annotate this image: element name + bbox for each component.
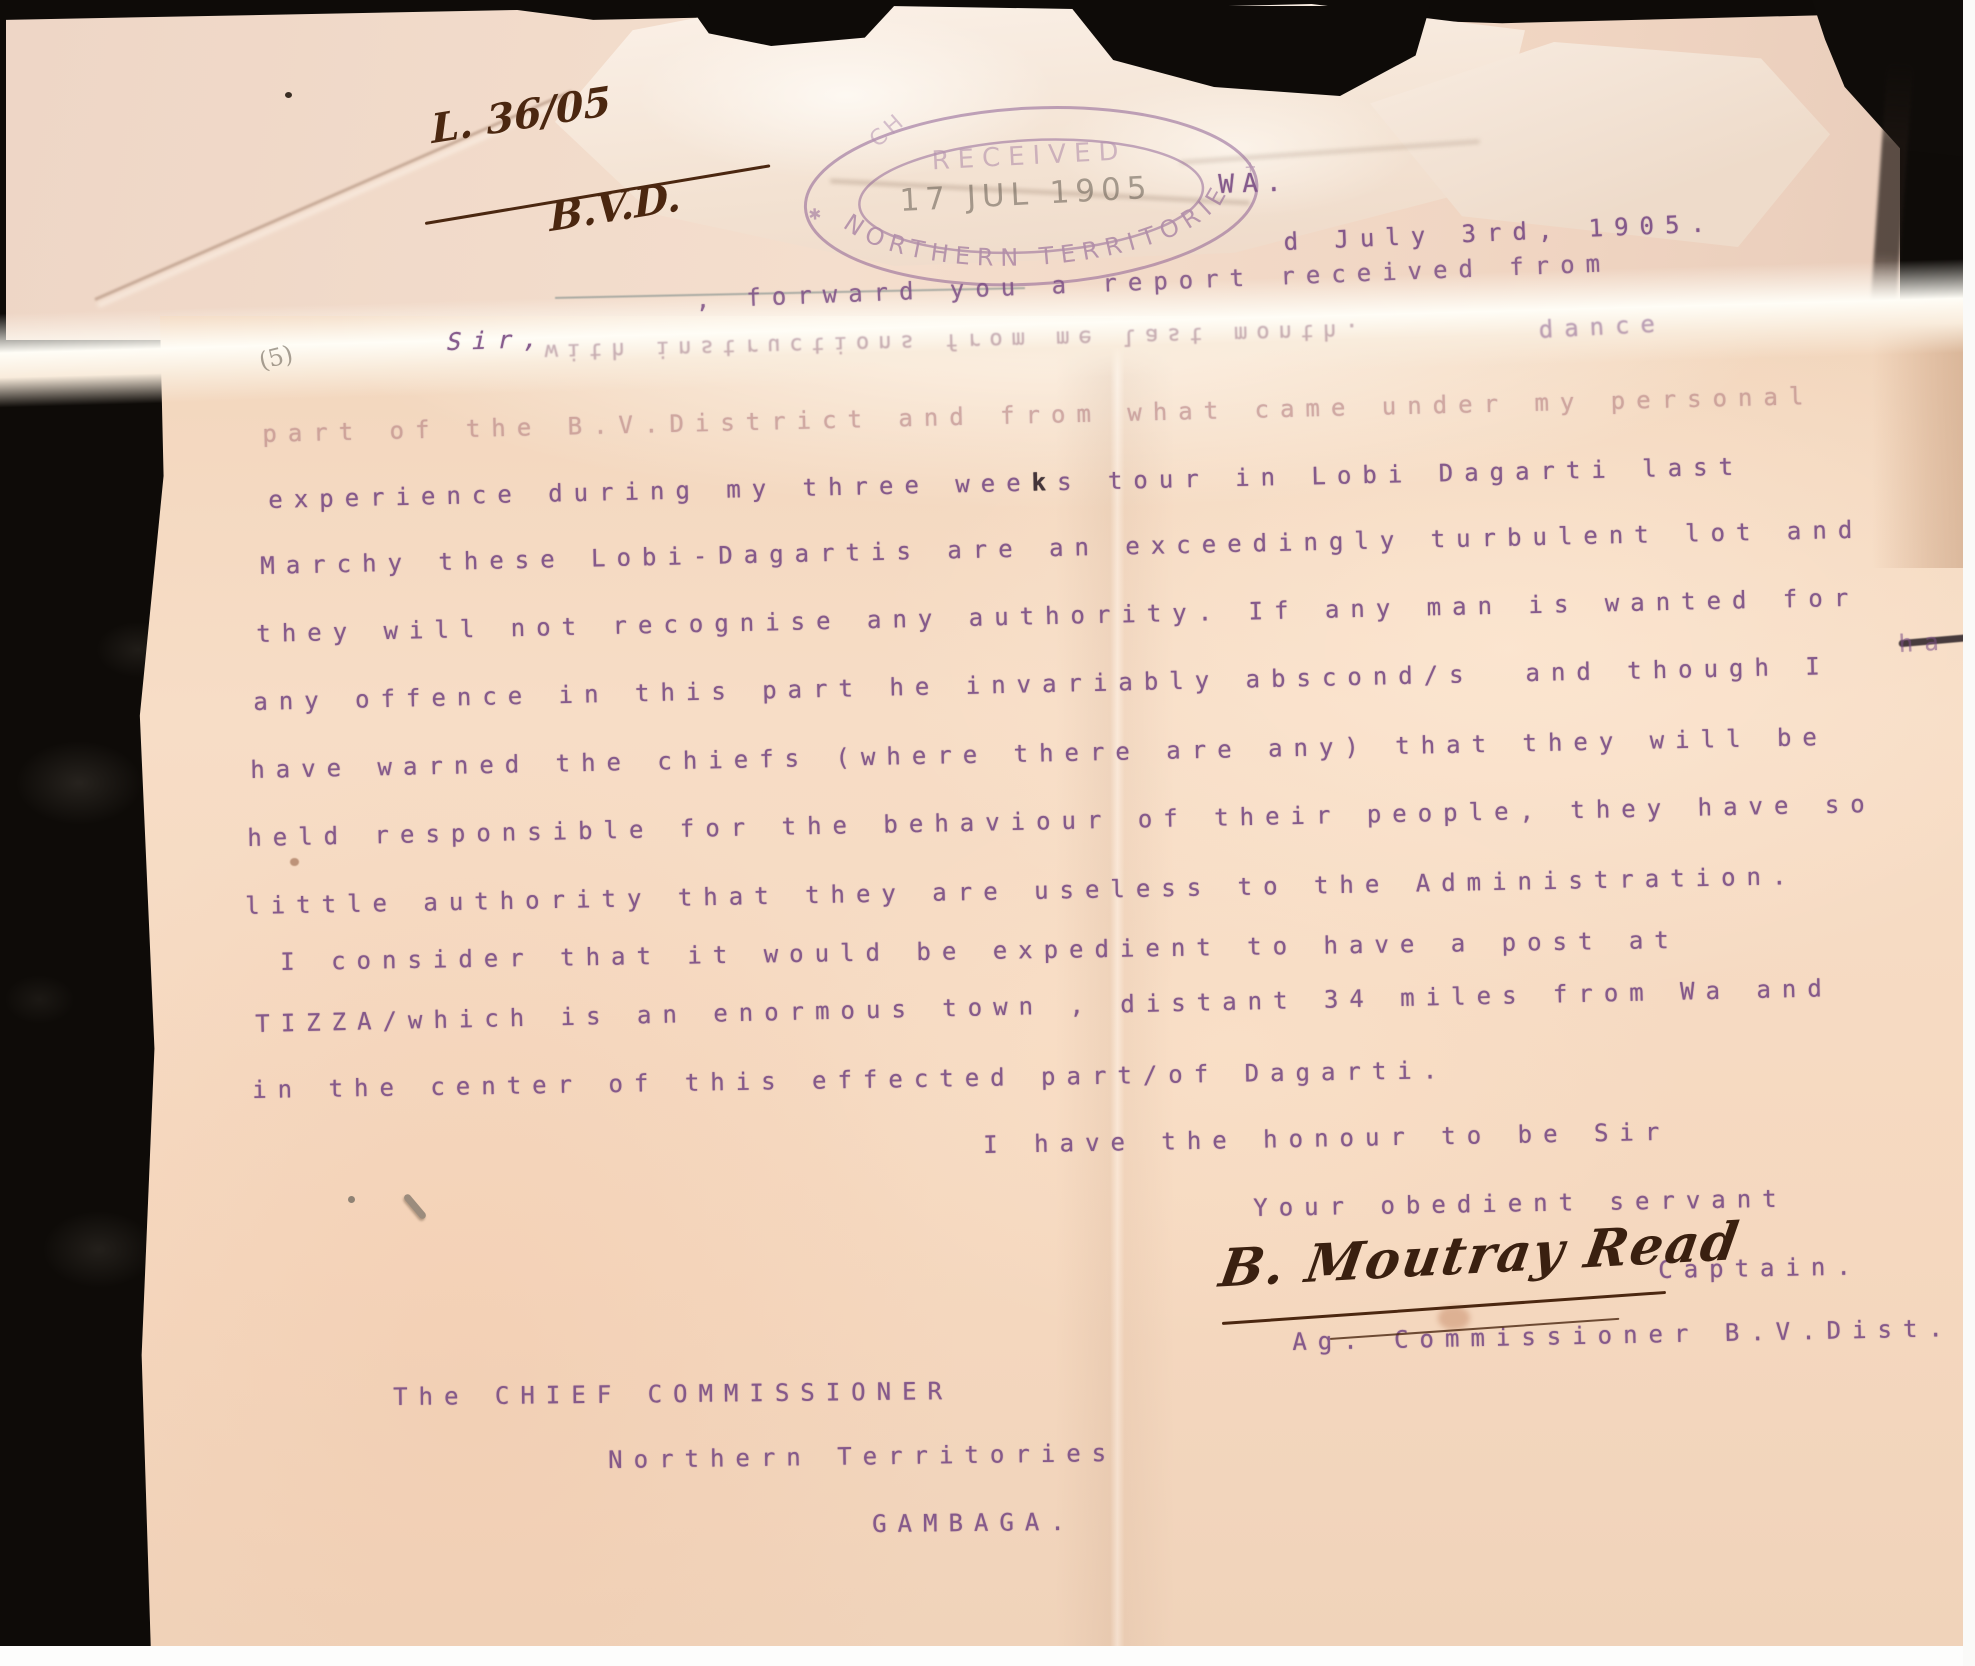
overstruck-k: k [1031, 468, 1057, 497]
address-line-3: GAMBAGA. [872, 1508, 1076, 1538]
salutation: Sir, [444, 324, 552, 356]
stamp-date: 17 JUL 1905 [899, 170, 1154, 219]
stamp-star-icon: ✱ [808, 200, 821, 225]
struck-word-text: ha [1898, 627, 1950, 658]
right-edge-curl [1872, 318, 1965, 568]
paper-speck [290, 858, 299, 866]
scan-bottom-margin [0, 1646, 1975, 1666]
stamp-received-label: RECEIVED [931, 136, 1127, 176]
scanned-letter-scene: L. 36/05 B.V.D. CH RECEIVED 17 JUL 1905 … [0, 0, 1975, 1666]
paper-speck [348, 1196, 355, 1203]
address-line-1: The CHIEF COMMISSIONER [393, 1377, 953, 1411]
scan-right-margin [1963, 0, 1975, 1666]
station-name: WA. [1218, 168, 1290, 200]
paper-speck [285, 92, 292, 98]
stamp-rim-fragment: CH [865, 108, 912, 153]
